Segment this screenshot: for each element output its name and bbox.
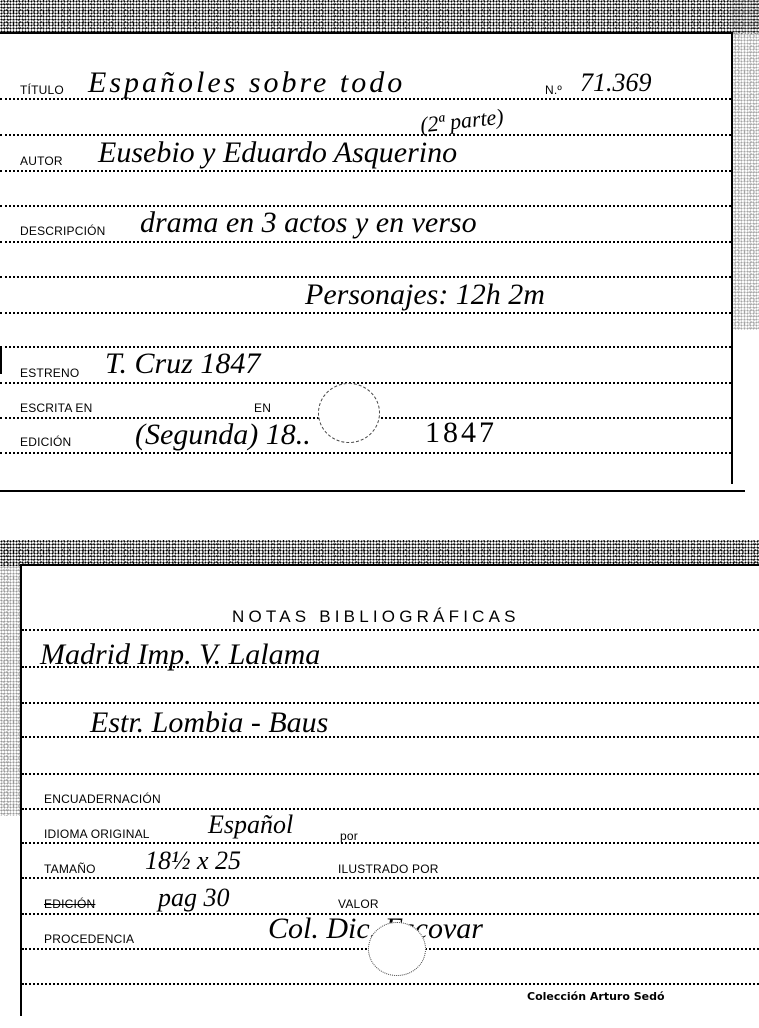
edicion-label: Edición bbox=[20, 436, 71, 448]
idioma-original-label: Idioma original bbox=[44, 828, 150, 840]
rule-line bbox=[0, 170, 731, 172]
rule-line bbox=[0, 382, 731, 384]
edicion-year: 1847 bbox=[425, 418, 497, 448]
rule-line bbox=[22, 773, 759, 775]
scan-border-top bbox=[0, 540, 759, 566]
section-heading: NOTAS BIBLIOGRÁFICAS bbox=[232, 607, 520, 627]
edicion-label-bottom: Edición bbox=[44, 898, 95, 910]
numero-value: 71.369 bbox=[580, 70, 652, 96]
rule-line bbox=[22, 702, 759, 704]
card-edge-right bbox=[731, 32, 733, 484]
scan-border-top bbox=[0, 0, 759, 34]
rule-line bbox=[22, 808, 759, 810]
titulo-label: Título bbox=[20, 84, 64, 96]
rule-line bbox=[22, 842, 759, 844]
punch-hole bbox=[368, 922, 426, 976]
rule-line bbox=[0, 241, 731, 243]
autor-label: Autor bbox=[20, 155, 63, 167]
rule-line bbox=[22, 629, 759, 631]
valor-label: Valor bbox=[338, 898, 379, 910]
idioma-original-value: Español bbox=[208, 812, 293, 838]
edicion-value: (Segunda) 18.. bbox=[135, 420, 311, 450]
por-label: por bbox=[340, 830, 358, 842]
escrita-en-label: Escrita en bbox=[20, 402, 92, 414]
estreno-value: T. Cruz 1847 bbox=[105, 349, 260, 379]
numero-label: N.º bbox=[545, 84, 562, 96]
collection-footer: Colección Arturo Sedó bbox=[527, 990, 665, 1003]
estreno-label: Estreno bbox=[20, 367, 79, 379]
scan-border-left bbox=[0, 566, 20, 816]
encuadernacion-label: Encuadernación bbox=[44, 793, 161, 805]
rule-line bbox=[22, 877, 759, 879]
descripcion-value: drama en 3 actos y en verso bbox=[140, 208, 477, 238]
en-label: En bbox=[254, 402, 271, 414]
catalog-card-top: Título Españoles sobre todo N.º 71.369 (… bbox=[0, 0, 759, 500]
tamano-value: 18½ x 25 bbox=[145, 848, 241, 874]
rule-line bbox=[22, 983, 759, 985]
note-line-2: Estr. Lombia - Baus bbox=[90, 708, 328, 738]
procedencia-label: Procedencia bbox=[44, 933, 134, 945]
margin-mark bbox=[0, 346, 2, 374]
tamano-label: Tamaño bbox=[44, 863, 96, 875]
edicion-page-value: pag 30 bbox=[158, 885, 230, 911]
autor-value: Eusebio y Eduardo Asquerino bbox=[98, 138, 457, 168]
note-line-1: Madrid Imp. V. Lalama bbox=[40, 640, 320, 670]
punch-hole bbox=[318, 383, 380, 443]
titulo-value: Españoles sobre todo bbox=[88, 68, 405, 98]
card-edge-top bbox=[20, 564, 759, 566]
scan-border-right bbox=[731, 0, 759, 330]
personajes-value: Personajes: 12h 2m bbox=[305, 280, 545, 310]
card-edge-top bbox=[0, 32, 733, 34]
rule-line bbox=[0, 312, 731, 314]
rule-line bbox=[0, 452, 731, 454]
card-edge-bottom bbox=[0, 490, 745, 492]
part-note: (2ª parte) bbox=[419, 106, 505, 137]
ilustrado-por-label: Ilustrado por bbox=[338, 863, 439, 875]
descripcion-label: Descripción bbox=[20, 225, 106, 237]
